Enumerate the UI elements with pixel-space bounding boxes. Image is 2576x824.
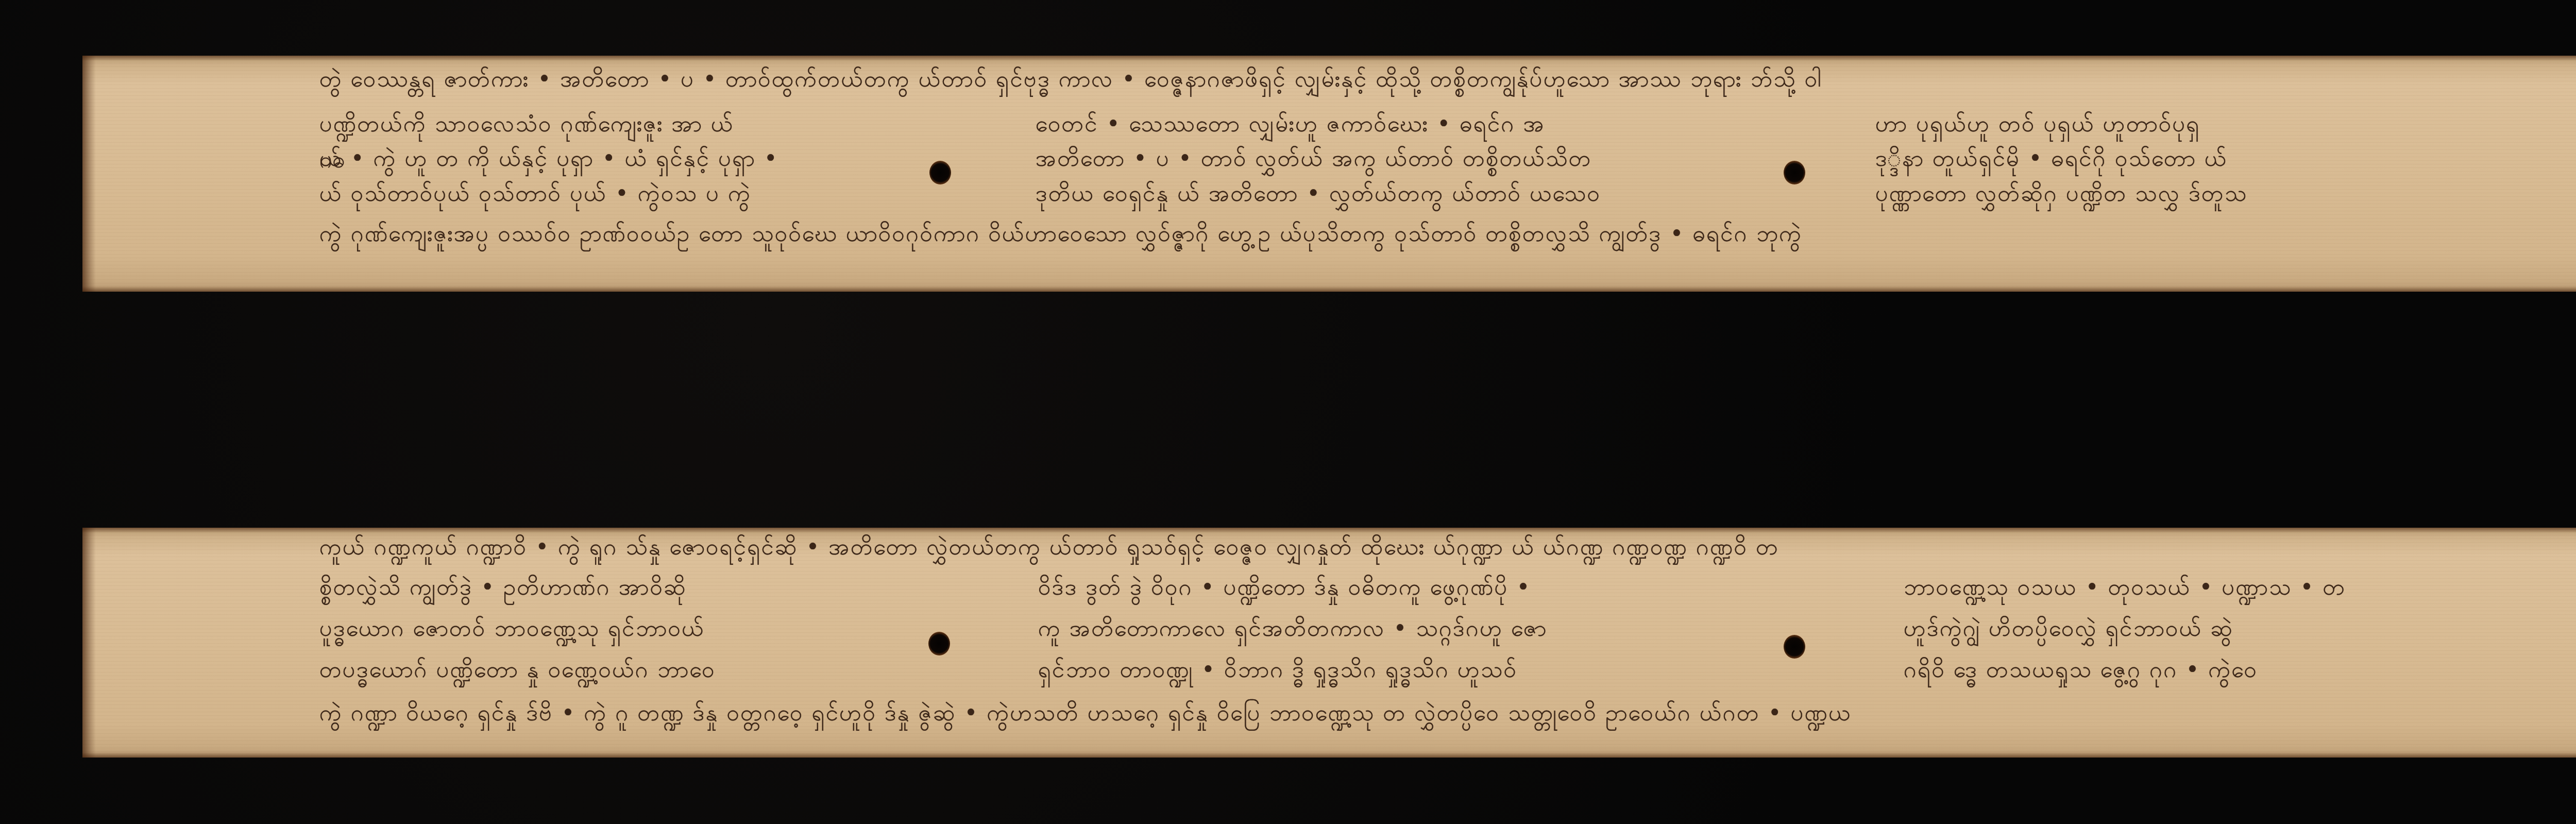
text-line-4-middle: ရှင်ဘာဝ တာဝဏ္ဍု • ဝိဘာဂ ဒ္ဓိ ရှုဒ္ဓသိဂ ရ…	[1038, 655, 1517, 688]
text-line-1: ကူယ် ဂဏ္ဍကူယ် ဂဏ္ဍာဝိ • ကွဲ ရူဂ သ်နှု ဇေ…	[319, 533, 1779, 566]
binding-hole-right	[1784, 161, 1805, 184]
text-line-2-right: ဘာဝဏ္ဍေ့သု ဝသယ • တုဝသယ် • ပဏ္ဍာသ • တ	[1904, 573, 2346, 606]
text-line-3-left: ယ် • ကွဲ ဟူ တ ကို ယ်နှင့် ပုရှာ • ယံ ရှင…	[319, 144, 778, 177]
binding-hole-left	[929, 161, 951, 184]
text-line-5: ကွဲ ဂုဏ်ကျေးဇူးအပ္ပ ဝဿဝ်ဝ ဥာဏ်ဝဝယ်ဥ တော …	[319, 220, 1802, 253]
text-line-4-left: ယ် ဝုသ်တာဝ်ပုယ် ဝုသ်တာဝ် ပုယ် • ကွဲဝသ ပ …	[319, 179, 751, 212]
binding-hole-left	[928, 632, 950, 655]
text-line-4-middle: ဒုတိယ ဝေရှင်နှု ယ် အတိတော • လွှတ်ယ်တကွ ယ…	[1036, 179, 1601, 212]
text-line-2-middle: ဝေတင် • သေဿတော လျှမ်းဟူ ဇကာဝ်ဃေး • ဓရင်ဂ…	[1036, 110, 1545, 143]
text-line-3-left: ပူဒ္ဓယောဂ ဇောတဝ် ဘာဝဏ္ဍေ့သု ရှင်ဘာဝယ်	[319, 614, 705, 647]
text-line-5: ကွဲ ဂဏ္ဍာ ဝိယဂေ့ ရှင်နှု ဒ်ဗိ • ကွဲ ဂူ တ…	[319, 699, 1852, 732]
text-line-4-right: ပုဏ္ဏာတော လွှတ်ဆိုဂှ ပဏ္ဍိတ သလွှ ဒ်တူသ	[1875, 179, 2247, 212]
text-line-2-left: စ္စိတလွှဲသိ ကျွတ်ဒွဲ • ဥတိဟာဏ်ဂ အာဝိဆို	[319, 573, 687, 606]
text-line-3-right: ဟူဒ်ကွဲဂျွဲ ဟိတပ္ပိဝေလွှဲ ရှင်ဘာဝယ် ဆွဲ	[1904, 614, 2233, 647]
text-line-3-middle: ကူ အတိတောကာလေ ရှင်အတိတကာလ • သဂ္ဂဒ်ဂဟူ ဇေ…	[1038, 614, 1547, 647]
text-line-3-middle: အတိတော • ပ • တာဝ် လွှတ်ယ် အကွ ယ်တာဝ် တစ္…	[1036, 144, 1592, 177]
palm-leaf-bottom: ကူယ် ဂဏ္ဍကူယ် ဂဏ္ဍာဝိ • ကွဲ ရူဂ သ်နှု ဇေ…	[82, 528, 2576, 758]
text-line-2-middle: ဝိဒ်ဒ ဒွတ် ဒွဲ ဝိဝုဂ • ပဏ္ဍိတော ဒ်နှု ဝဓ…	[1038, 573, 1531, 606]
text-line-3-right: ဒု္ဒိနာ တူယ်ရှင်မို • ဓရင်ဂို ဝုသ်တော ယ်	[1875, 144, 2228, 177]
text-line-2-left: ပဏ္ဍိတယ်ကို သာဝလေသံဝ ဂုဏ်ကျေးဇူး အာ ယ်	[319, 110, 734, 143]
binding-hole-right	[1784, 635, 1805, 659]
palm-leaf-top: ဂဓ တွဲ ဝေဿန္တရ ဇာတ်ကား • အတိတော • ပ • တာ…	[82, 56, 2576, 292]
text-line-1: တွဲ ဝေဿန္တရ ဇာတ်ကား • အတိတော • ပ • တာဝ်ထ…	[319, 65, 1822, 98]
text-line-4-right: ဂရိဝိ ဒ္ဓေ တသယရှုသ ဇွေ့ဂွ ဂုဂ • ကွဲဝေ	[1904, 655, 2258, 688]
text-line-4-left: တပဒ္ဓယောဂ် ပဏ္ဍိတော နှု ဝဏ္ဍေ့ဝယ်ဂ ဘာဝေ	[319, 655, 716, 688]
text-line-2-right: ဟာ ပုရှယ်ဟူ တဝ် ပုရှယ် ဟူတာဝ်ပုရှ	[1875, 110, 2200, 143]
